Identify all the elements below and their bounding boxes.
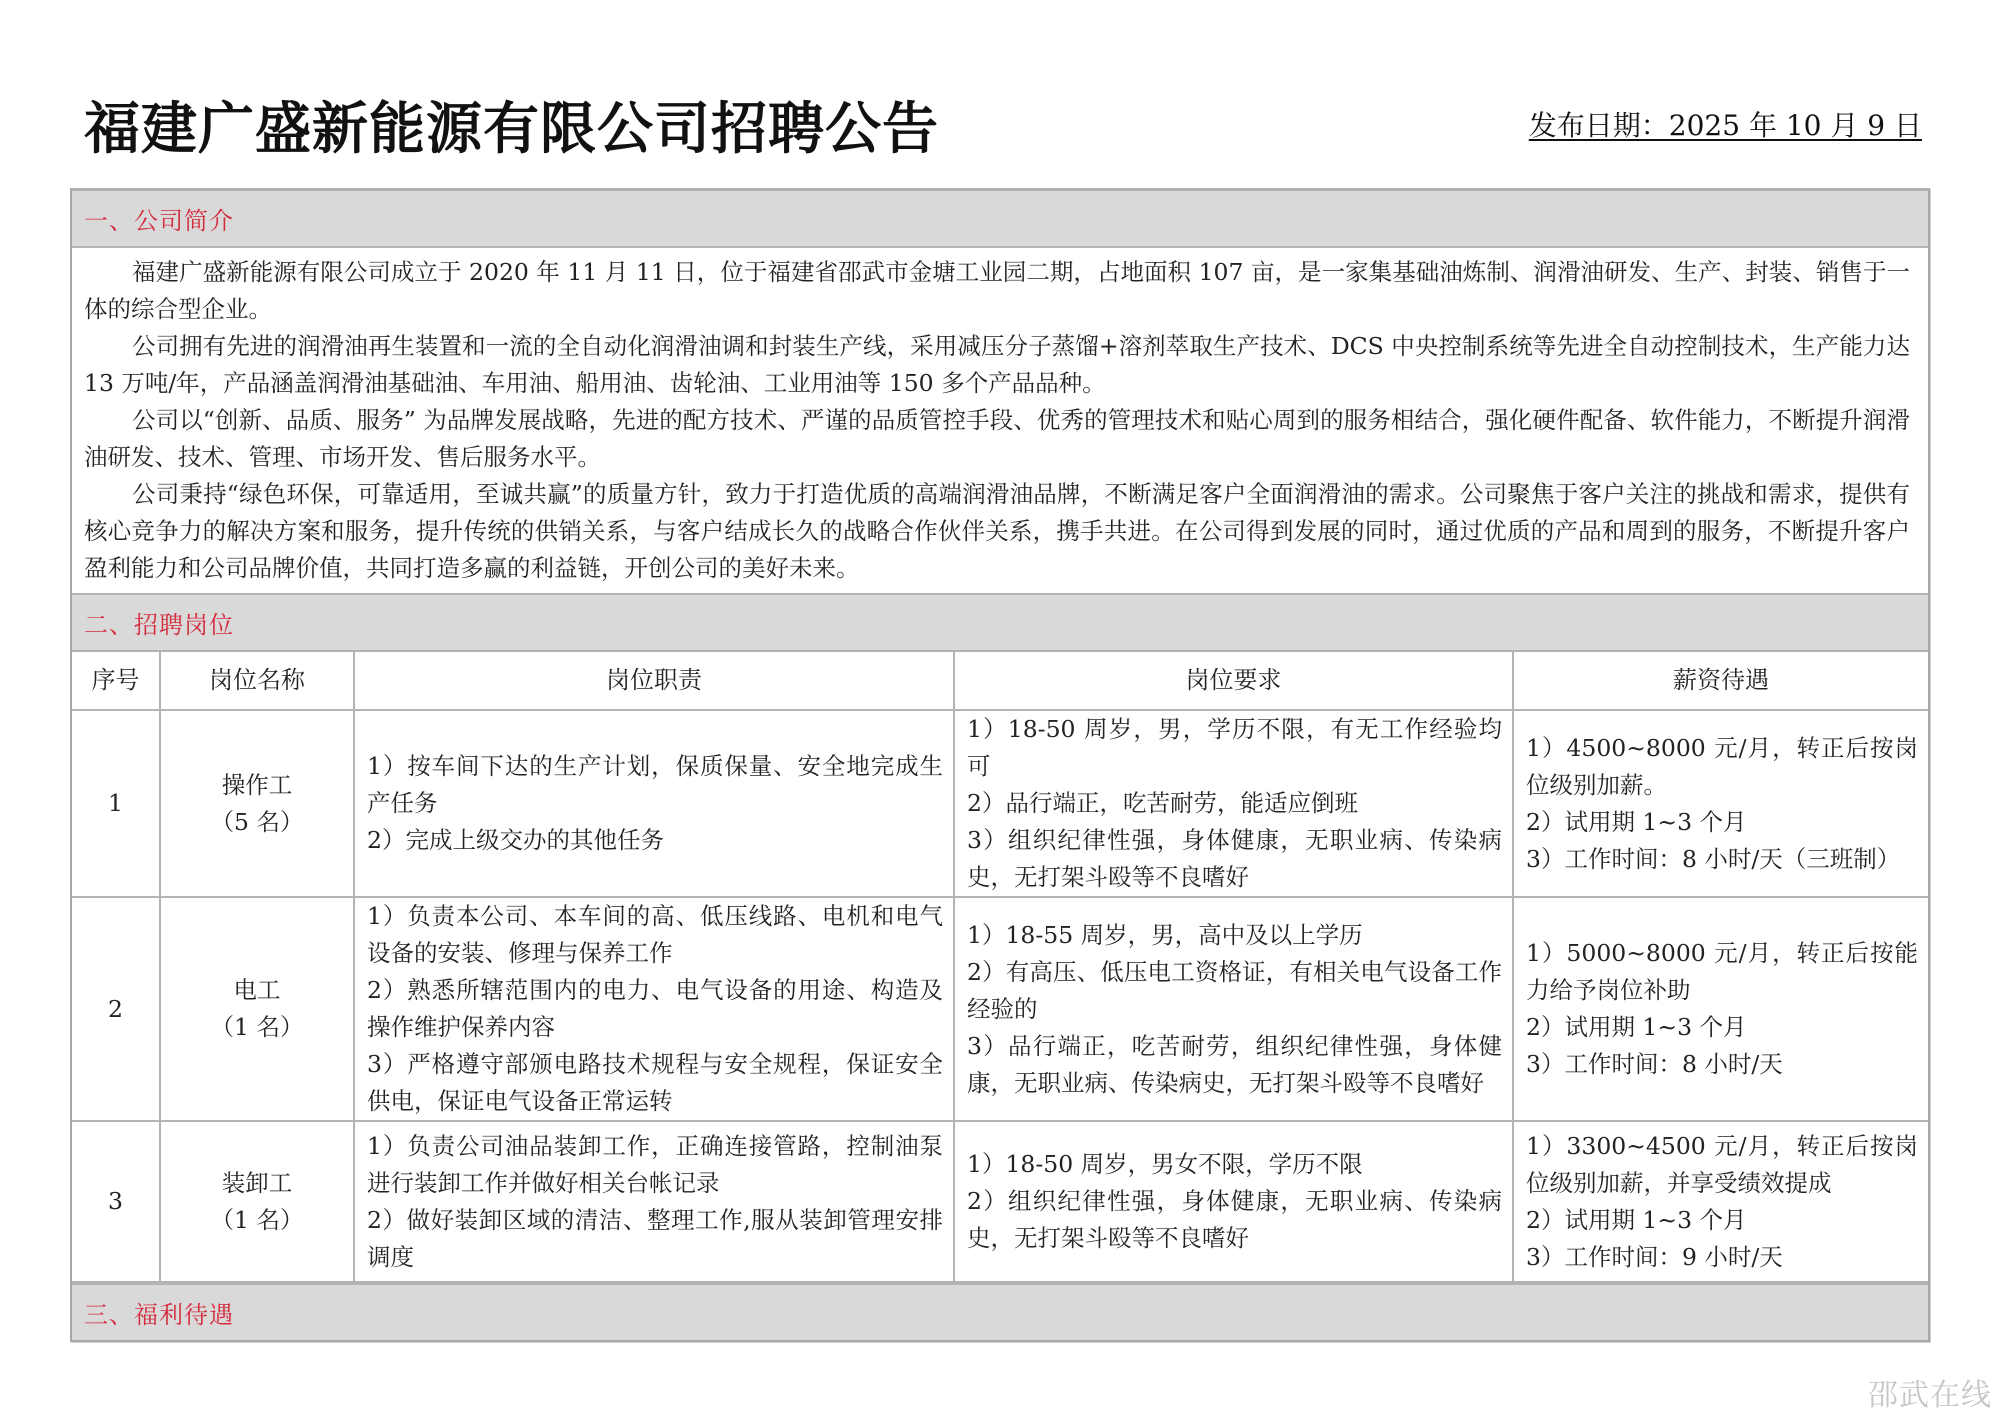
intro-paragraph: 公司以“创新、品质、服务” 为品牌发展战略，先进的配方技术、严谨的品质管控手段、… xyxy=(84,402,1910,476)
column-header-position: 岗位名称 xyxy=(160,652,354,710)
section-heading-benefits: 三、福利待遇 xyxy=(72,1283,1928,1340)
column-header-salary: 薪资待遇 xyxy=(1513,652,1928,710)
salary-item: 1）4500~8000 元/月，转正后按岗位级别加薪。 xyxy=(1526,730,1918,804)
requirement-item: 1）18-55 周岁，男，高中及以上学历 xyxy=(967,917,1502,954)
position-title: 操作工 xyxy=(161,767,353,804)
table-row: 1 操作工 （5 名） 1）按车间下达的生产计划，保质保量、安全地完成生产任务 … xyxy=(72,710,1928,897)
salary-item: 3）工作时间：9 小时/天 xyxy=(1526,1239,1918,1276)
duty-item: 2）完成上级交办的其他任务 xyxy=(367,822,943,859)
duty-item: 1）按车间下达的生产计划，保质保量、安全地完成生产任务 xyxy=(367,748,943,822)
section-heading-positions: 二、招聘岗位 xyxy=(72,595,1928,652)
column-header-requirements: 岗位要求 xyxy=(954,652,1513,710)
salary-item: 1）5000~8000 元/月，转正后按能力给予岗位补助 xyxy=(1526,935,1918,1009)
row-number: 1 xyxy=(72,710,160,897)
position-title: 电工 xyxy=(161,972,353,1009)
requirement-item: 2）组织纪律性强，身体健康，无职业病、传染病史，无打架斗殴等不良嗜好 xyxy=(967,1183,1502,1257)
page-title: 福建广盛新能源有限公司招聘公告 xyxy=(84,96,939,164)
requirement-item: 3）组织纪律性强，身体健康，无职业病、传染病史，无打架斗殴等不良嗜好 xyxy=(967,822,1502,896)
position-requirements: 1）18-50 周岁，男，学历不限，有无工作经验均可 2）品行端正，吃苦耐劳，能… xyxy=(954,710,1513,897)
intro-paragraph: 福建广盛新能源有限公司成立于 2020 年 11 月 11 日，位于福建省邵武市… xyxy=(84,254,1910,328)
row-number: 2 xyxy=(72,897,160,1121)
salary-item: 2）试用期 1~3 个月 xyxy=(1526,1009,1918,1046)
duty-item: 2）做好装卸区域的清洁、整理工作,服从装卸管理安排调度 xyxy=(367,1202,943,1276)
salary-item: 3）工作时间：8 小时/天（三班制） xyxy=(1526,841,1918,878)
duty-item: 1）负责本公司、本车间的高、低压线路、电机和电气设备的安装、修理与保养工作 xyxy=(367,898,943,972)
position-salary: 1）3300~4500 元/月，转正后按岗位级别加薪，并享受绩效提成 2）试用期… xyxy=(1513,1121,1928,1282)
table-row: 2 电工 （1 名） 1）负责本公司、本车间的高、低压线路、电机和电气设备的安装… xyxy=(72,897,1928,1121)
duty-item: 3）严格遵守部颁电路技术规程与安全规程，保证安全供电，保证电气设备正常运转 xyxy=(367,1046,943,1120)
position-name: 操作工 （5 名） xyxy=(160,710,354,897)
position-duties: 1）负责本公司、本车间的高、低压线路、电机和电气设备的安装、修理与保养工作 2）… xyxy=(354,897,954,1121)
salary-item: 3）工作时间：8 小时/天 xyxy=(1526,1046,1918,1083)
column-header-duties: 岗位职责 xyxy=(354,652,954,710)
position-requirements: 1）18-55 周岁，男，高中及以上学历 2）有高压、低压电工资格证，有相关电气… xyxy=(954,897,1513,1121)
position-name: 装卸工 （1 名） xyxy=(160,1121,354,1282)
intro-paragraph: 公司拥有先进的润滑油再生装置和一流的全自动化润滑油调和封装生产线，采用减压分子蒸… xyxy=(84,328,1910,402)
position-requirements: 1）18-50 周岁，男女不限，学历不限 2）组织纪律性强，身体健康，无职业病、… xyxy=(954,1121,1513,1282)
requirement-item: 3）品行端正，吃苦耐劳，组织纪律性强，身体健康，无职业病、传染病史，无打架斗殴等… xyxy=(967,1028,1502,1102)
announcement-body: 一、公司简介 福建广盛新能源有限公司成立于 2020 年 11 月 11 日，位… xyxy=(70,188,1930,1342)
position-title: 装卸工 xyxy=(161,1165,353,1202)
row-number: 3 xyxy=(72,1121,160,1282)
salary-item: 2）试用期 1~3 个月 xyxy=(1526,804,1918,841)
position-salary: 1）5000~8000 元/月，转正后按能力给予岗位补助 2）试用期 1~3 个… xyxy=(1513,897,1928,1121)
watermark: 邵武在线 xyxy=(1868,1370,1992,1414)
publish-date: 发布日期：2025 年 10 月 9 日 xyxy=(1529,108,1922,144)
intro-paragraph: 公司秉持“绿色环保，可靠适用，至诚共赢”的质量方针，致力于打造优质的高端润滑油品… xyxy=(84,476,1910,587)
salary-item: 2）试用期 1~3 个月 xyxy=(1526,1202,1918,1239)
duty-item: 1）负责公司油品装卸工作，正确连接管路，控制油泵进行装卸工作并做好相关台帐记录 xyxy=(367,1128,943,1202)
position-count: （1 名） xyxy=(161,1009,353,1046)
position-count: （1 名） xyxy=(161,1202,353,1239)
table-header-row: 序号 岗位名称 岗位职责 岗位要求 薪资待遇 xyxy=(72,652,1928,710)
positions-table: 序号 岗位名称 岗位职责 岗位要求 薪资待遇 1 操作工 （5 名） 1）按车间… xyxy=(72,652,1928,1283)
section-heading-company-intro: 一、公司简介 xyxy=(72,191,1928,248)
requirement-item: 2）有高压、低压电工资格证，有相关电气设备工作经验的 xyxy=(967,954,1502,1028)
column-header-no: 序号 xyxy=(72,652,160,710)
position-salary: 1）4500~8000 元/月，转正后按岗位级别加薪。 2）试用期 1~3 个月… xyxy=(1513,710,1928,897)
requirement-item: 2）品行端正，吃苦耐劳，能适应倒班 xyxy=(967,785,1502,822)
position-duties: 1）按车间下达的生产计划，保质保量、安全地完成生产任务 2）完成上级交办的其他任… xyxy=(354,710,954,897)
table-row: 3 装卸工 （1 名） 1）负责公司油品装卸工作，正确连接管路，控制油泵进行装卸… xyxy=(72,1121,1928,1282)
requirement-item: 1）18-50 周岁，男，学历不限，有无工作经验均可 xyxy=(967,711,1502,785)
salary-item: 1）3300~4500 元/月，转正后按岗位级别加薪，并享受绩效提成 xyxy=(1526,1128,1918,1202)
position-count: （5 名） xyxy=(161,804,353,841)
duty-item: 2）熟悉所辖范围内的电力、电气设备的用途、构造及操作维护保养内容 xyxy=(367,972,943,1046)
requirement-item: 1）18-50 周岁，男女不限，学历不限 xyxy=(967,1146,1502,1183)
company-intro: 福建广盛新能源有限公司成立于 2020 年 11 月 11 日，位于福建省邵武市… xyxy=(72,248,1928,595)
position-name: 电工 （1 名） xyxy=(160,897,354,1121)
position-duties: 1）负责公司油品装卸工作，正确连接管路，控制油泵进行装卸工作并做好相关台帐记录 … xyxy=(354,1121,954,1282)
